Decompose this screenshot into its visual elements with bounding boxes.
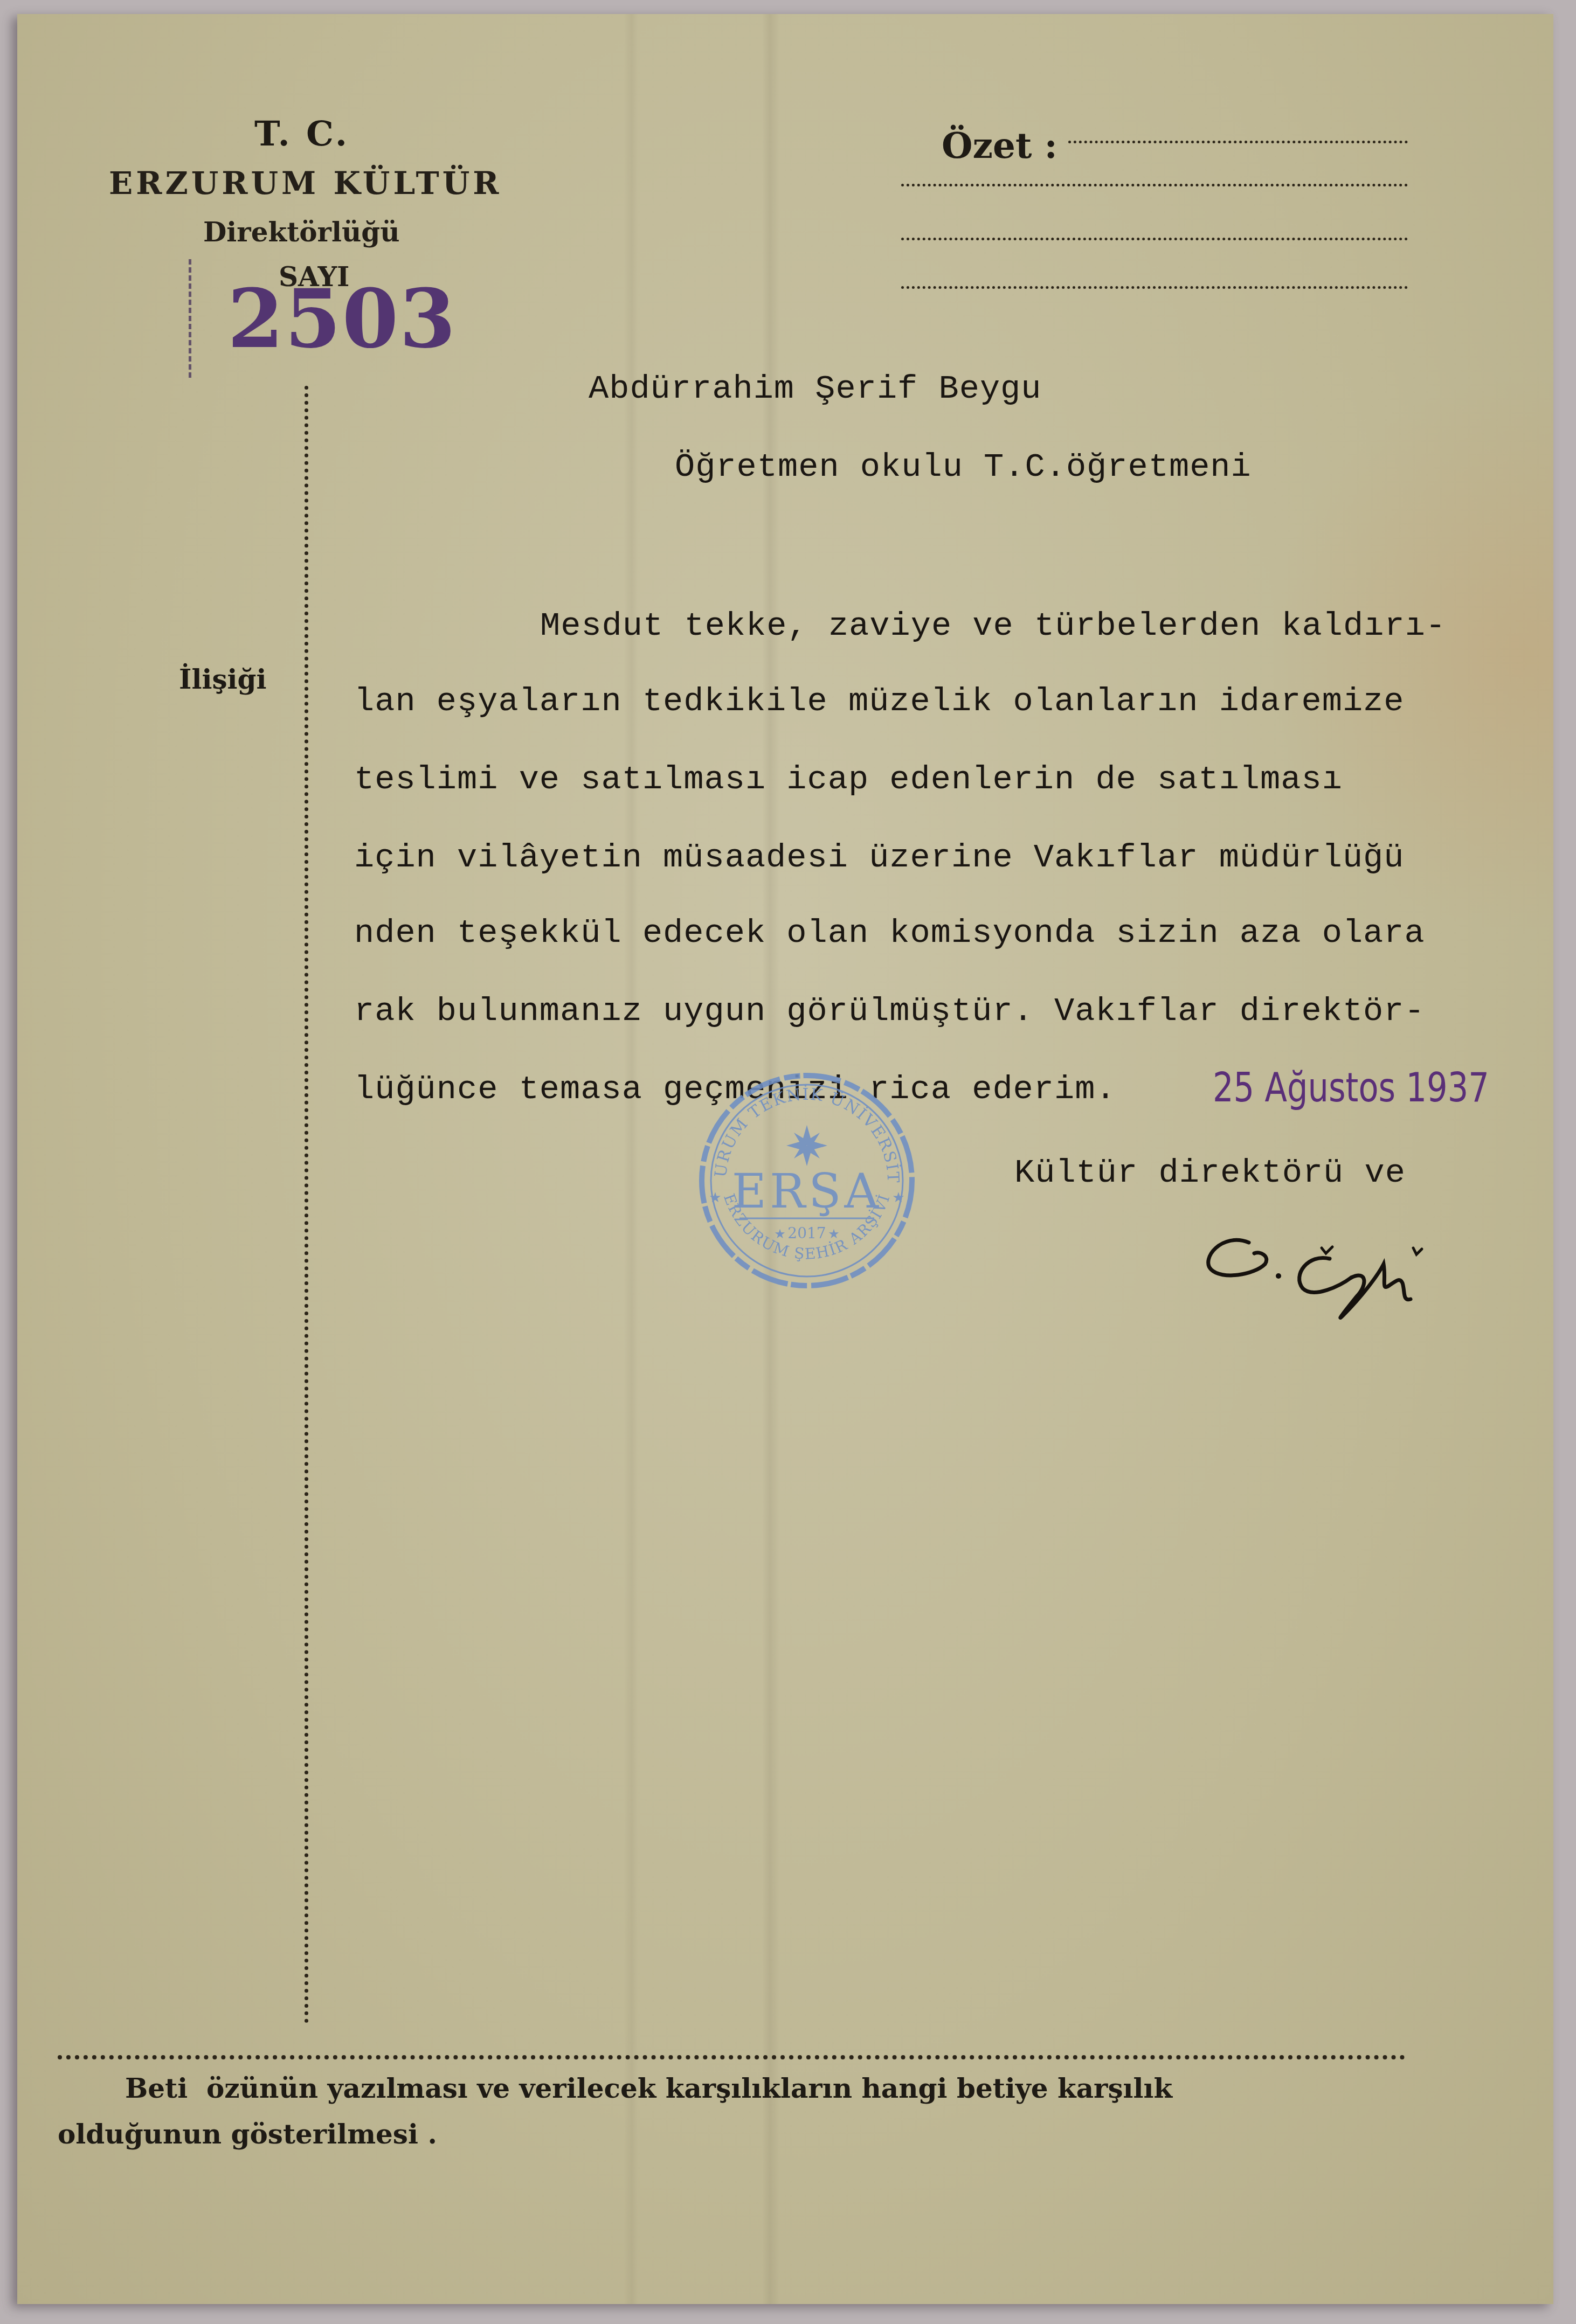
- letterhead-state: T. C.: [254, 114, 349, 154]
- letterhead-organization: ERZURUM KÜLTÜR: [109, 165, 502, 202]
- summary-line-3: [901, 238, 1408, 240]
- svg-text:2017: 2017: [787, 1224, 826, 1242]
- recipient-name: Abdürrahim Şerif Beygu: [589, 370, 1042, 408]
- body-line-6: rak bulunmanız uygun görülmüştür. Vakıfl…: [354, 992, 1425, 1030]
- body-line-2: lan eşyaların tedkikile müzelik olanları…: [354, 682, 1405, 720]
- closing-title: Kültür direktörü ve: [1014, 1154, 1406, 1192]
- letterhead-department: Direktörlüğü: [203, 216, 400, 248]
- signature-icon: [1190, 1226, 1470, 1334]
- summary-line-4: [901, 286, 1408, 289]
- footer-rule: [58, 2055, 1405, 2059]
- date-stamp: 25 Ağustos 1937: [1213, 1065, 1489, 1111]
- body-line-1: Mesdut tekke, zaviye ve türbelerden kald…: [540, 607, 1446, 645]
- archive-stamp-icon: ERZURUM TEKNİK ÜNİVERSİTESİ ERŞA 2017 ★ …: [694, 1065, 920, 1291]
- document-number-stamp: 2503: [227, 272, 457, 366]
- summary-line-2: [901, 184, 1408, 186]
- body-line-3: teslimi ve satılması icap edenlerin de s…: [354, 760, 1343, 799]
- footer-note-line-1: Beti özünün yazılması ve verilecek karşı…: [125, 2072, 1172, 2104]
- summary-label: Özet :: [942, 124, 1057, 167]
- summary-line-1: [1068, 141, 1408, 143]
- body-line-5: nden teşekkül edecek olan komisyonda siz…: [354, 914, 1425, 952]
- svg-text:ERŞA: ERŞA: [732, 1163, 882, 1219]
- svg-text:★: ★: [709, 1190, 721, 1205]
- margin-dash-marks: [189, 259, 195, 378]
- svg-text:★: ★: [892, 1190, 904, 1205]
- margin-vertical-rule: [305, 386, 308, 2024]
- footer-note-line-2: olduğunun gösterilmesi .: [58, 2118, 437, 2150]
- body-line-4: için vilâyetin müsaadesi üzerine Vakıfla…: [354, 838, 1405, 877]
- attachment-label: İlişiği: [179, 663, 266, 695]
- recipient-title: Öğretmen okulu T.C.öğretmeni: [675, 448, 1252, 486]
- document-paper: T. C. ERZURUM KÜLTÜR Direktörlüğü SAYI 2…: [17, 14, 1553, 2304]
